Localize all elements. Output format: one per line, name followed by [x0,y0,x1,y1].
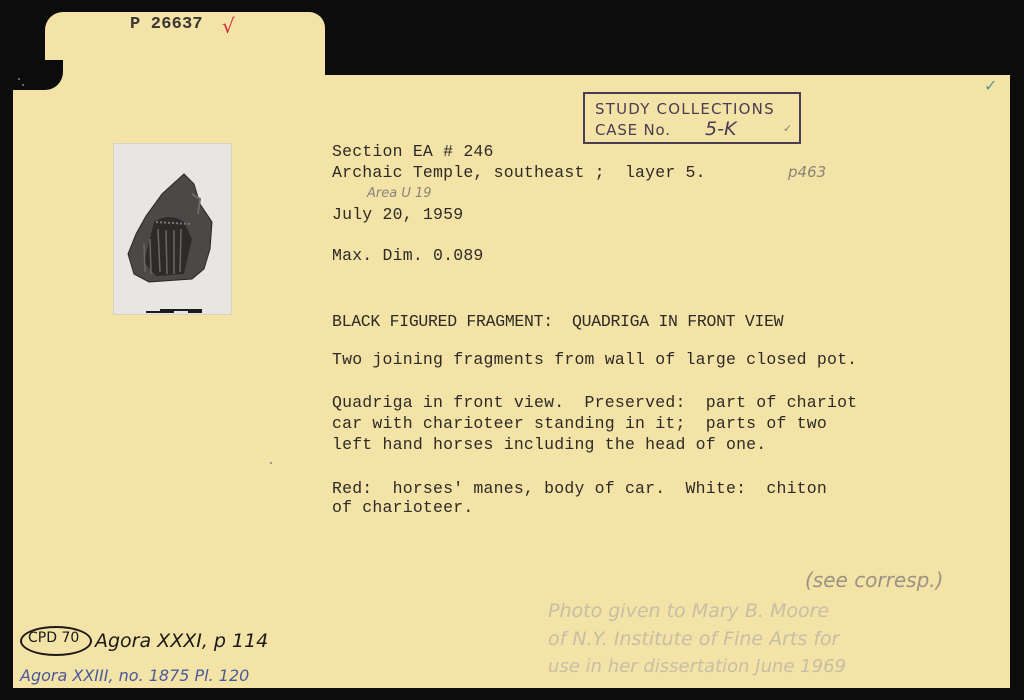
description-line: car with charioteer standing in it; part… [332,413,827,434]
object-title: BLACK FIGURED FRAGMENT: QUADRIGA IN FRON… [332,311,783,332]
stamp-title: STUDY COLLECTIONS [595,100,775,118]
paper-speck [22,84,24,86]
color-note-line: Red: horses' manes, body of car. White: … [332,478,827,499]
sherd-photograph [113,143,232,315]
see-correspondence-note: (see corresp.) [805,568,943,592]
description-line: Quadriga in front view. Preserved: part … [332,392,857,413]
paper-speck [18,78,20,80]
agora-xxiii-reference: Agora XXIII, no. 1875 Pl. 120 [20,666,249,685]
card-tab-edge [300,12,325,75]
photo-note-line: use in her dissertation June 1969 [548,656,846,677]
color-note-line: of charioteer. [332,497,473,518]
card-tab-notch-left [13,60,63,90]
section-number: Section EA # 246 [332,141,494,162]
stamp-case-value: 5-K [705,118,736,140]
find-location: Archaic Temple, southeast ; layer 5. [332,162,706,183]
cpd-reference: CPD 70 [28,630,79,646]
stamp-case-label: CASE No. [595,121,671,139]
description-line: left hand horses including the head of o… [332,434,766,455]
study-collections-stamp: STUDY COLLECTIONS CASE No. 5-K ✓ [583,92,801,144]
photo-note-line: of N.Y. Institute of Fine Arts for [548,628,839,650]
sherd-image-icon [114,144,231,314]
max-dimension: Max. Dim. 0.089 [332,245,484,266]
location-pencil-note: p463 [788,163,826,181]
green-check-icon: ✓ [984,76,997,95]
object-summary: Two joining fragments from wall of large… [332,349,857,370]
stamp-check-icon: ✓ [783,122,792,135]
area-pencil-note: Area U 19 [367,186,432,201]
catalog-number: P 26637 [130,14,203,35]
paper-speck [270,462,272,464]
photo-note-line: Photo given to Mary B. Moore [548,600,829,622]
red-check-icon: √ [222,14,235,38]
find-date: July 20, 1959 [332,204,463,225]
agora-xxxi-reference: Agora XXXI, p 114 [95,630,268,652]
